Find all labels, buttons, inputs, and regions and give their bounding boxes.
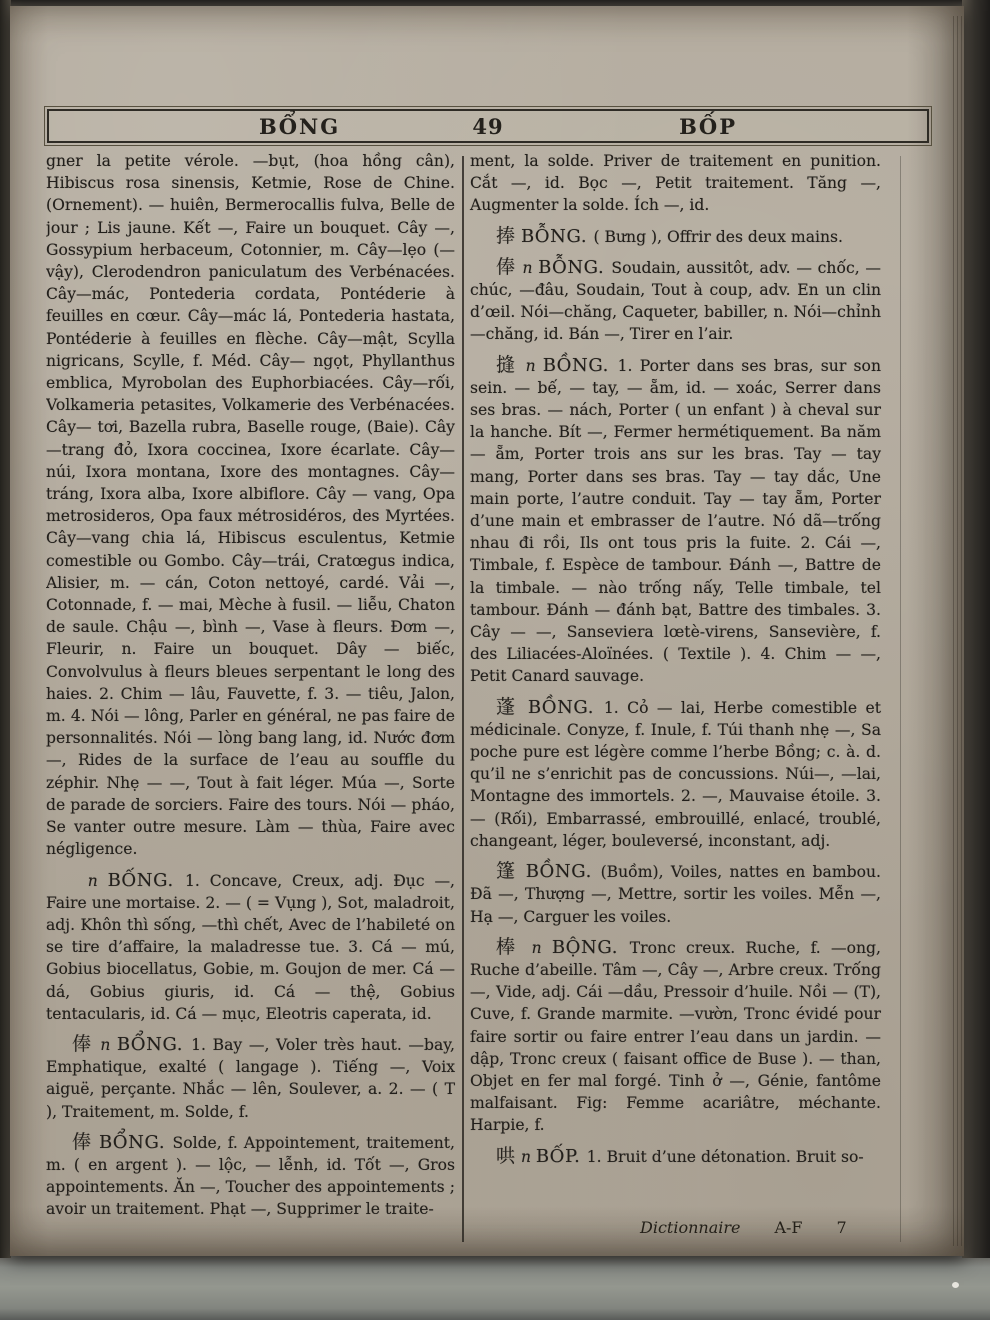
entry-headword: BỔNG. bbox=[117, 1034, 191, 1055]
entry-han-character: 俸 bbox=[72, 1033, 94, 1055]
entry-headword: BỐNG. bbox=[108, 870, 185, 891]
entry-han-character: 捧 bbox=[496, 225, 516, 247]
entry-headword: BỖNG. bbox=[538, 257, 611, 278]
entry-headword: BỒNG. bbox=[526, 861, 601, 882]
dictionary-entry: 俸 n BỖNG. Soudain, aussitôt, adv. — chốc… bbox=[470, 257, 881, 346]
dictionary-entry: 哄 n BỐP. 1. Bruit d’une détonation. Brui… bbox=[470, 1146, 881, 1168]
entry-han-character: 哄 bbox=[496, 1145, 516, 1167]
entry-body: gner la petite vérole. —bụt, (hoa hồng c… bbox=[46, 152, 455, 858]
dictionary-entry: 蓬 BỒNG. 1. Cỏ — lai, Herbe comestible et… bbox=[470, 697, 881, 852]
entry-han-character: 俸 bbox=[496, 256, 517, 278]
dictionary-entry: 俸 n BỔNG. 1. Bay —, Voler très haut. —ba… bbox=[46, 1034, 455, 1123]
entry-body: ment, la solde. Priver de traitement en … bbox=[470, 152, 881, 214]
header-left-word: BỔNG bbox=[259, 114, 340, 139]
dictionary-entry: 𩶬 n BỐNG. 1. Concave, Creux, adj. Đục —,… bbox=[46, 870, 455, 1025]
entry-particle: n bbox=[516, 1148, 536, 1166]
book-page: BỔNG 49 BỐP gner la petite vérole. —bụt,… bbox=[10, 6, 964, 1256]
entry-headword: BỘNG. bbox=[552, 937, 630, 958]
entry-han-character: 篷 bbox=[496, 860, 518, 882]
entry-han-character: 蓬 bbox=[496, 696, 519, 718]
dictionary-entry: 篷 BỒNG. (Buồm), Voiles, nattes en bambou… bbox=[470, 861, 881, 928]
footer-volume-label: A-F bbox=[774, 1218, 802, 1237]
entry-han-character: 摓 bbox=[496, 354, 518, 376]
entry-particle: n bbox=[518, 357, 542, 375]
entry-body: 1. Cỏ — lai, Herbe comestible et médicin… bbox=[470, 699, 881, 850]
entry-particle: n bbox=[94, 1036, 117, 1054]
entry-body: 1. Bruit d’une détonation. Bruit so- bbox=[587, 1148, 864, 1166]
dictionary-entry: 捧 BỖNG. ( Bưng ), Offrir des deux mains. bbox=[470, 226, 881, 248]
footer-work-title: Dictionnaire bbox=[640, 1218, 740, 1237]
dictionary-text-block: gner la petite vérole. —bụt, (hoa hồng c… bbox=[46, 150, 934, 1250]
right-column: ment, la solde. Priver de traitement en … bbox=[470, 150, 881, 1168]
scan-background-surface bbox=[0, 1254, 990, 1320]
dust-speck bbox=[952, 1282, 959, 1288]
running-header-box: BỔNG 49 BỐP bbox=[44, 106, 932, 146]
dictionary-entry: 俸 BỔNG. Solde, f. Appointement, traiteme… bbox=[46, 1132, 455, 1221]
entry-headword: BỒNG. bbox=[528, 697, 604, 718]
entry-headword: BỒNG. bbox=[543, 355, 618, 376]
entry-body: ( Bưng ), Offrir des deux mains. bbox=[594, 228, 844, 246]
dictionary-entry: 摓 n BỒNG. 1. Porter dans ses bras, sur s… bbox=[470, 355, 881, 688]
column-divider-rule bbox=[462, 156, 464, 1242]
entry-headword: BỐP. bbox=[536, 1146, 587, 1167]
entry-particle: n bbox=[78, 872, 108, 890]
page-edge-lines bbox=[953, 16, 962, 1246]
entry-body: 1. Concave, Creux, adj. Đục —, Faire une… bbox=[46, 872, 455, 1023]
continuation-paragraph: ment, la solde. Priver de traitement en … bbox=[470, 150, 881, 217]
scanned-page-photo: BỔNG 49 BỐP gner la petite vérole. —bụt,… bbox=[0, 0, 990, 1320]
photo-edge-right bbox=[962, 0, 990, 1258]
entry-body: Tronc creux. Ruche, f. —ong, Ruche d’abe… bbox=[470, 939, 881, 1135]
entry-headword: BỖNG. bbox=[521, 226, 594, 247]
entry-headword: BỔNG. bbox=[99, 1132, 173, 1153]
continuation-paragraph: gner la petite vérole. —bụt, (hoa hồng c… bbox=[46, 150, 455, 861]
running-header: BỔNG 49 BỐP bbox=[47, 109, 929, 143]
right-margin-rule bbox=[900, 156, 901, 1242]
footer-sheet-number: 7 bbox=[837, 1218, 847, 1237]
entry-han-character: 棒 bbox=[496, 936, 521, 958]
entry-body: 1. Porter dans ses bras, sur son sein. —… bbox=[470, 357, 881, 686]
page-number: 49 bbox=[472, 114, 503, 139]
entry-particle: n bbox=[521, 939, 552, 957]
left-column: gner la petite vérole. —bụt, (hoa hồng c… bbox=[46, 150, 455, 1221]
header-right-word: BỐP bbox=[679, 114, 737, 139]
dictionary-entry: 棒 n BỘNG. Tronc creux. Ruche, f. —ong, R… bbox=[470, 937, 881, 1137]
entry-han-character: 俸 bbox=[72, 1131, 93, 1153]
signature-line: Dictionnaire A-F 7 bbox=[640, 1218, 900, 1237]
entry-particle: n bbox=[517, 259, 538, 277]
